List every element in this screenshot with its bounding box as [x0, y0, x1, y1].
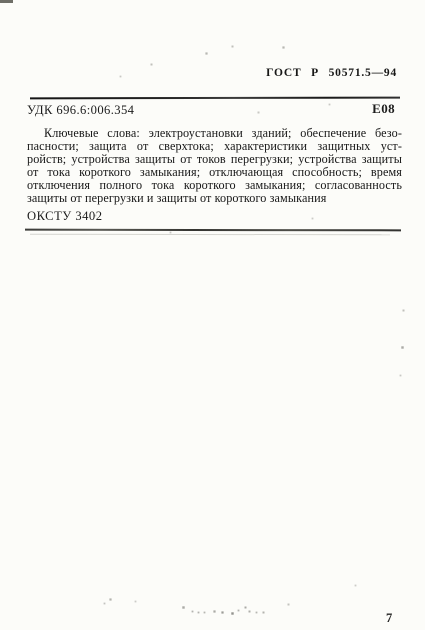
classification-code: Е08	[372, 101, 395, 117]
horizontal-rule-ghost	[30, 234, 390, 236]
keywords-line-5: отключения полного тока короткого замыка…	[27, 179, 402, 192]
scan-speckles	[0, 0, 1, 1]
keywords-paragraph: Ключевые слова: электроустановки зданий;…	[27, 127, 402, 206]
keywords-line-2: пасности; защита от сверхтока; характери…	[27, 140, 402, 153]
horizontal-rule-top	[30, 97, 400, 100]
keywords-line-4: от тока короткого замыкания; отключающая…	[27, 166, 402, 179]
udk-code: УДК 696.6:006.354	[27, 103, 134, 118]
standard-number: ГОСТ Р 50571.5—94	[266, 67, 397, 79]
keywords-line-3: ройств; устройства защиты от токов перег…	[27, 153, 402, 166]
document-page: ГОСТ Р 50571.5—94 УДК 696.6:006.354 Е08 …	[0, 0, 425, 630]
keywords-line-6: защиты от перегрузки и защиты от коротко…	[27, 192, 402, 205]
page-number: 7	[386, 611, 392, 626]
keywords-line-1: Ключевые слова: электроустановки зданий;…	[27, 127, 402, 140]
okstu-code: ОКСТУ 3402	[27, 209, 103, 224]
horizontal-rule-bottom	[25, 229, 401, 231]
scan-artifact-corner	[0, 0, 13, 3]
